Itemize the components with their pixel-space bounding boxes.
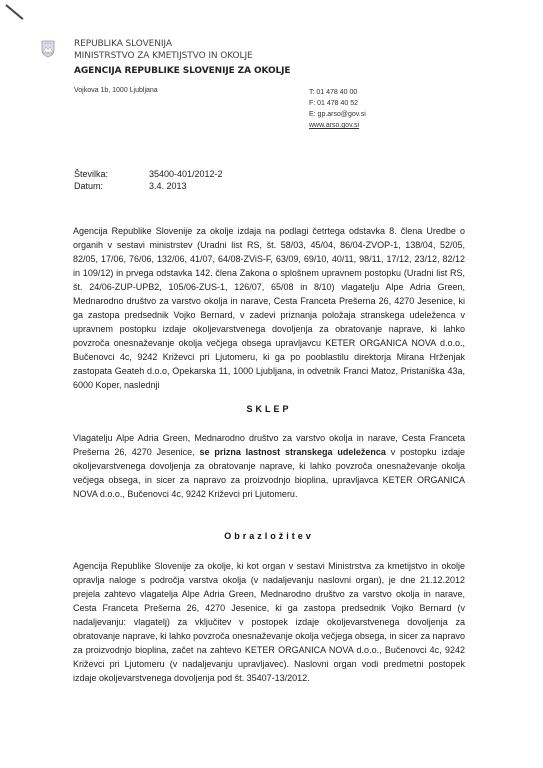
obrazlozitev-paragraph: Agencija Republike Slovenije za okolje, … xyxy=(73,559,465,685)
sklep-paragraph: Vlagatelju Alpe Adria Green, Mednarodno … xyxy=(73,431,465,501)
sklep-text-bold: se prizna lastnost stranskega udeleženca xyxy=(199,447,385,457)
intro-paragraph: Agencija Republike Slovenije za okolje i… xyxy=(73,224,465,392)
date-label: Datum: xyxy=(74,180,149,192)
letterhead-ministry: MINISTRSTVO ZA KMETIJSTVO IN OKOLJE xyxy=(74,51,253,61)
date-value: 3.4. 2013 xyxy=(149,180,187,192)
number-value: 35400-401/2012-2 xyxy=(149,168,223,180)
agency-address: Vojkova 1b, 1000 Ljubljana xyxy=(74,87,158,94)
coat-of-arms-icon xyxy=(41,40,55,58)
number-label: Številka: xyxy=(74,168,149,180)
obrazlozitev-heading: Obrazložitev xyxy=(73,531,465,541)
contact-block: T: 01 478 40 00 F: 01 478 40 52 E: gp.ar… xyxy=(309,87,366,131)
document-meta: Številka: 35400-401/2012-2 Datum: 3.4. 2… xyxy=(74,168,223,192)
contact-website-link[interactable]: www.arso.gov.si xyxy=(309,122,359,129)
contact-fax: F: 01 478 40 52 xyxy=(309,98,366,109)
letterhead-republic: REPUBLIKA SLOVENIJA xyxy=(74,39,172,49)
letterhead-agency: AGENCIJA REPUBLIKE SLOVENIJE ZA OKOLJE xyxy=(74,66,290,76)
scan-mark xyxy=(5,4,23,20)
sklep-heading: SKLEP xyxy=(73,404,465,414)
contact-email[interactable]: E: gp.arso@gov.si xyxy=(309,109,366,120)
contact-phone: T: 01 478 40 00 xyxy=(309,87,366,98)
